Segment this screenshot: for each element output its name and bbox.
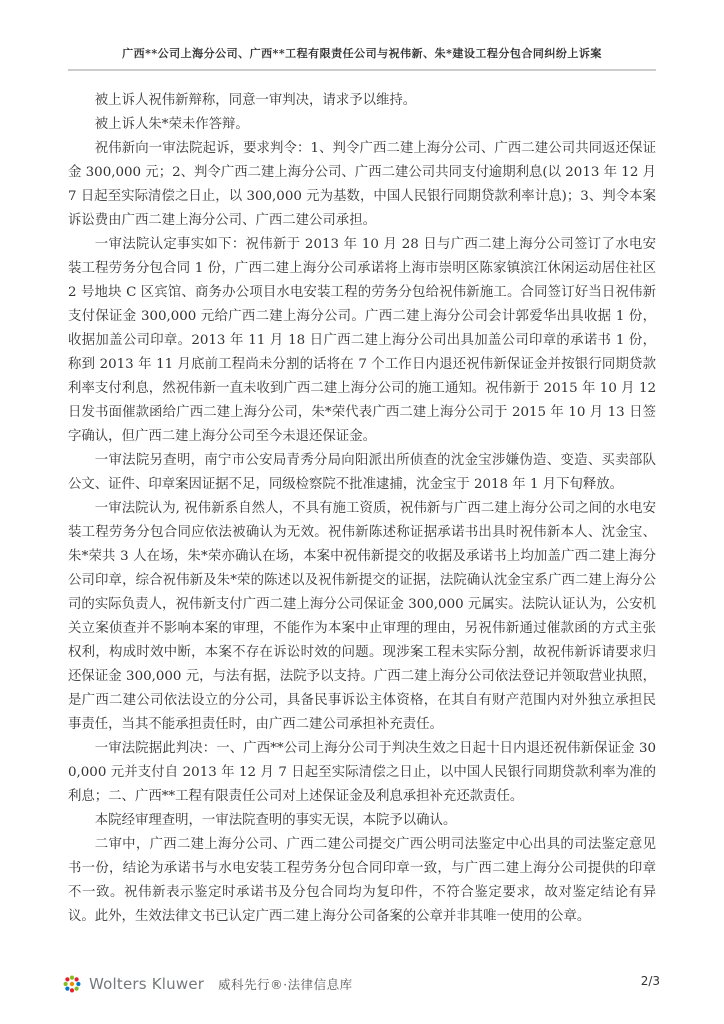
page-footer: Wolters Kluwer 威科先行®·法律信息库 2/3 xyxy=(62,974,660,994)
paragraph-confirmation: 本院经审理查明，一审法院查明的事实无误，本院予以确认。 xyxy=(68,809,656,833)
paragraph-second-instance: 二审中，广西二建上海分公司、广西二建公司提交广西公明司法鉴定中心出具的司法鉴定意… xyxy=(68,833,656,929)
paragraph-facts: 一审法院认定事实如下：祝伟新于 2013 年 10 月 28 日与广西二建上海分… xyxy=(68,233,656,449)
brand-name: Wolters Kluwer xyxy=(89,975,204,993)
paragraph-court-opinion: 一审法院认为, 祝伟新系自然人，不具有施工资质，祝伟新与广西二建上海分公司之间的… xyxy=(68,497,656,737)
paragraph-judgment: 一审法院据此判决：一、广西**公司上海分公司于判决生效之日起十日内退还祝伟新保证… xyxy=(68,737,656,809)
header-divider xyxy=(68,69,656,71)
page-header: 广西**公司上海分公司、广西**工程有限责任公司与祝伟新、朱*建设工程分包合同纠… xyxy=(0,0,724,71)
wolters-kluwer-logo-icon xyxy=(62,974,82,994)
document-body: 被上诉人祝伟新辩称，同意一审判决，请求予以维持。 被上诉人朱*荣未作答辩。 祝伟… xyxy=(68,89,656,929)
paragraph-no-defense: 被上诉人朱*荣未作答辩。 xyxy=(68,113,656,137)
paragraph-additional-findings: 一审法院另查明，南宁市公安局青秀分局向阳派出所侦查的沈金宝涉嫌伪造、变造、买卖部… xyxy=(68,449,656,497)
case-title: 广西**公司上海分公司、广西**工程有限责任公司与祝伟新、朱*建设工程分包合同纠… xyxy=(0,46,724,62)
footer-branding: Wolters Kluwer 威科先行®·法律信息库 xyxy=(62,974,353,994)
document-page: 广西**公司上海分公司、广西**工程有限责任公司与祝伟新、朱*建设工程分包合同纠… xyxy=(0,0,724,1024)
paragraph-claims: 祝伟新向一审法院起诉，要求判令：1、判令广西二建上海分公司、广西二建公司共同返还… xyxy=(68,137,656,233)
page-number: 2/3 xyxy=(641,974,660,988)
product-name: 威科先行®·法律信息库 xyxy=(218,975,352,993)
paragraph-appellee-reply: 被上诉人祝伟新辩称，同意一审判决，请求予以维持。 xyxy=(68,89,656,113)
